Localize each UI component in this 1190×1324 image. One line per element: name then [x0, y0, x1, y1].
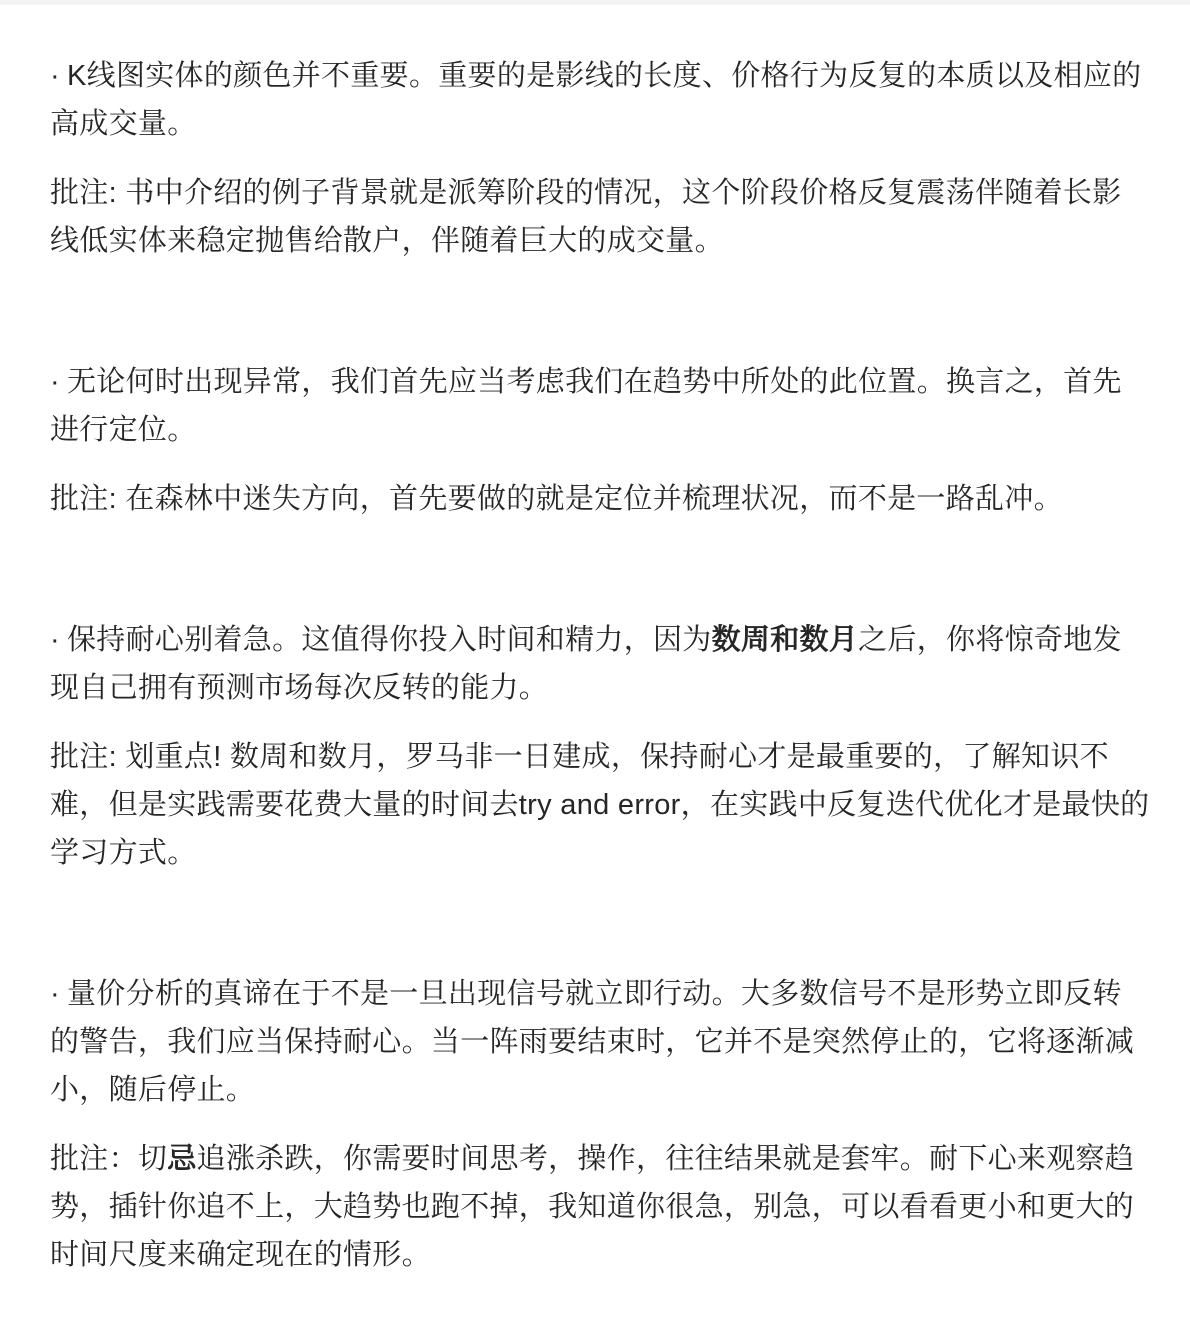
annotation-paragraph-4: 批注：切忌追涨杀跌，你需要时间思考，操作，往往结果就是套牢。耐下心来观察趋势，插…	[50, 1135, 1150, 1279]
text-run: 批注: 划重点! 数周和数月，罗马非一日建成，保持耐心才是最重要的，了解知识不难…	[50, 741, 1149, 869]
bullet-paragraph-4: ·量价分析的真谛在于不是一旦出现信号就立即行动。大多数信号不是形势立即反转的警告…	[50, 970, 1150, 1114]
text-run: 追涨杀跌，你需要时间思考，操作，往往结果就是套牢。耐下心来观察趋势，插针你追不上…	[50, 1143, 1134, 1271]
text-run: 保持耐心别着急。这值得你投入时间和精力，因为	[67, 624, 712, 656]
bullet-paragraph-3: ·保持耐心别着急。这值得你投入时间和精力，因为数周和数月之后，你将惊奇地发现自己…	[50, 616, 1150, 712]
bullet-marker: ·	[50, 616, 67, 664]
document-body: ·K线图实体的颜色并不重要。重要的是影线的长度、价格行为反复的本质以及相应的高成…	[0, 0, 1190, 1313]
annotation-paragraph-1: 批注: 书中介绍的例子背景就是派筹阶段的情况，这个阶段价格反复震荡伴随着长影线低…	[50, 169, 1150, 265]
bullet-marker: ·	[50, 970, 67, 1018]
text-run: 无论何时出现异常，我们首先应当考虑我们在趋势中所处的此位置。换言之，首先进行定位…	[50, 366, 1122, 446]
bold-text-run: 忌	[167, 1143, 196, 1175]
bullet-paragraph-1: ·K线图实体的颜色并不重要。重要的是影线的长度、价格行为反复的本质以及相应的高成…	[50, 52, 1150, 148]
bullet-marker: ·	[50, 52, 67, 100]
text-run: 批注: 书中介绍的例子背景就是派筹阶段的情况，这个阶段价格反复震荡伴随着长影线低…	[50, 177, 1122, 257]
text-run: 量价分析的真谛在于不是一旦出现信号就立即行动。大多数信号不是形势立即反转的警告，…	[50, 978, 1134, 1106]
note-group-3: ·保持耐心别着急。这值得你投入时间和精力，因为数周和数月之后，你将惊奇地发现自己…	[50, 616, 1150, 877]
top-edge-strip	[0, 0, 1190, 5]
bullet-paragraph-2: ·无论何时出现异常，我们首先应当考虑我们在趋势中所处的此位置。换言之，首先进行定…	[50, 358, 1150, 454]
note-group-2: ·无论何时出现异常，我们首先应当考虑我们在趋势中所处的此位置。换言之，首先进行定…	[50, 358, 1150, 523]
note-group-1: ·K线图实体的颜色并不重要。重要的是影线的长度、价格行为反复的本质以及相应的高成…	[50, 52, 1150, 265]
text-run: 批注: 在森林中迷失方向，首先要做的就是定位并梳理状况，而不是一路乱冲。	[50, 483, 1063, 515]
bold-text-run: 数周和数月	[712, 624, 859, 656]
note-group-4: ·量价分析的真谛在于不是一旦出现信号就立即行动。大多数信号不是形势立即反转的警告…	[50, 970, 1150, 1279]
bullet-marker: ·	[50, 358, 67, 406]
annotation-paragraph-2: 批注: 在森林中迷失方向，首先要做的就是定位并梳理状况，而不是一路乱冲。	[50, 475, 1150, 523]
annotation-paragraph-3: 批注: 划重点! 数周和数月，罗马非一日建成，保持耐心才是最重要的，了解知识不难…	[50, 733, 1150, 877]
text-run: K线图实体的颜色并不重要。重要的是影线的长度、价格行为反复的本质以及相应的高成交…	[50, 60, 1141, 140]
text-run: 批注：切	[50, 1143, 167, 1175]
